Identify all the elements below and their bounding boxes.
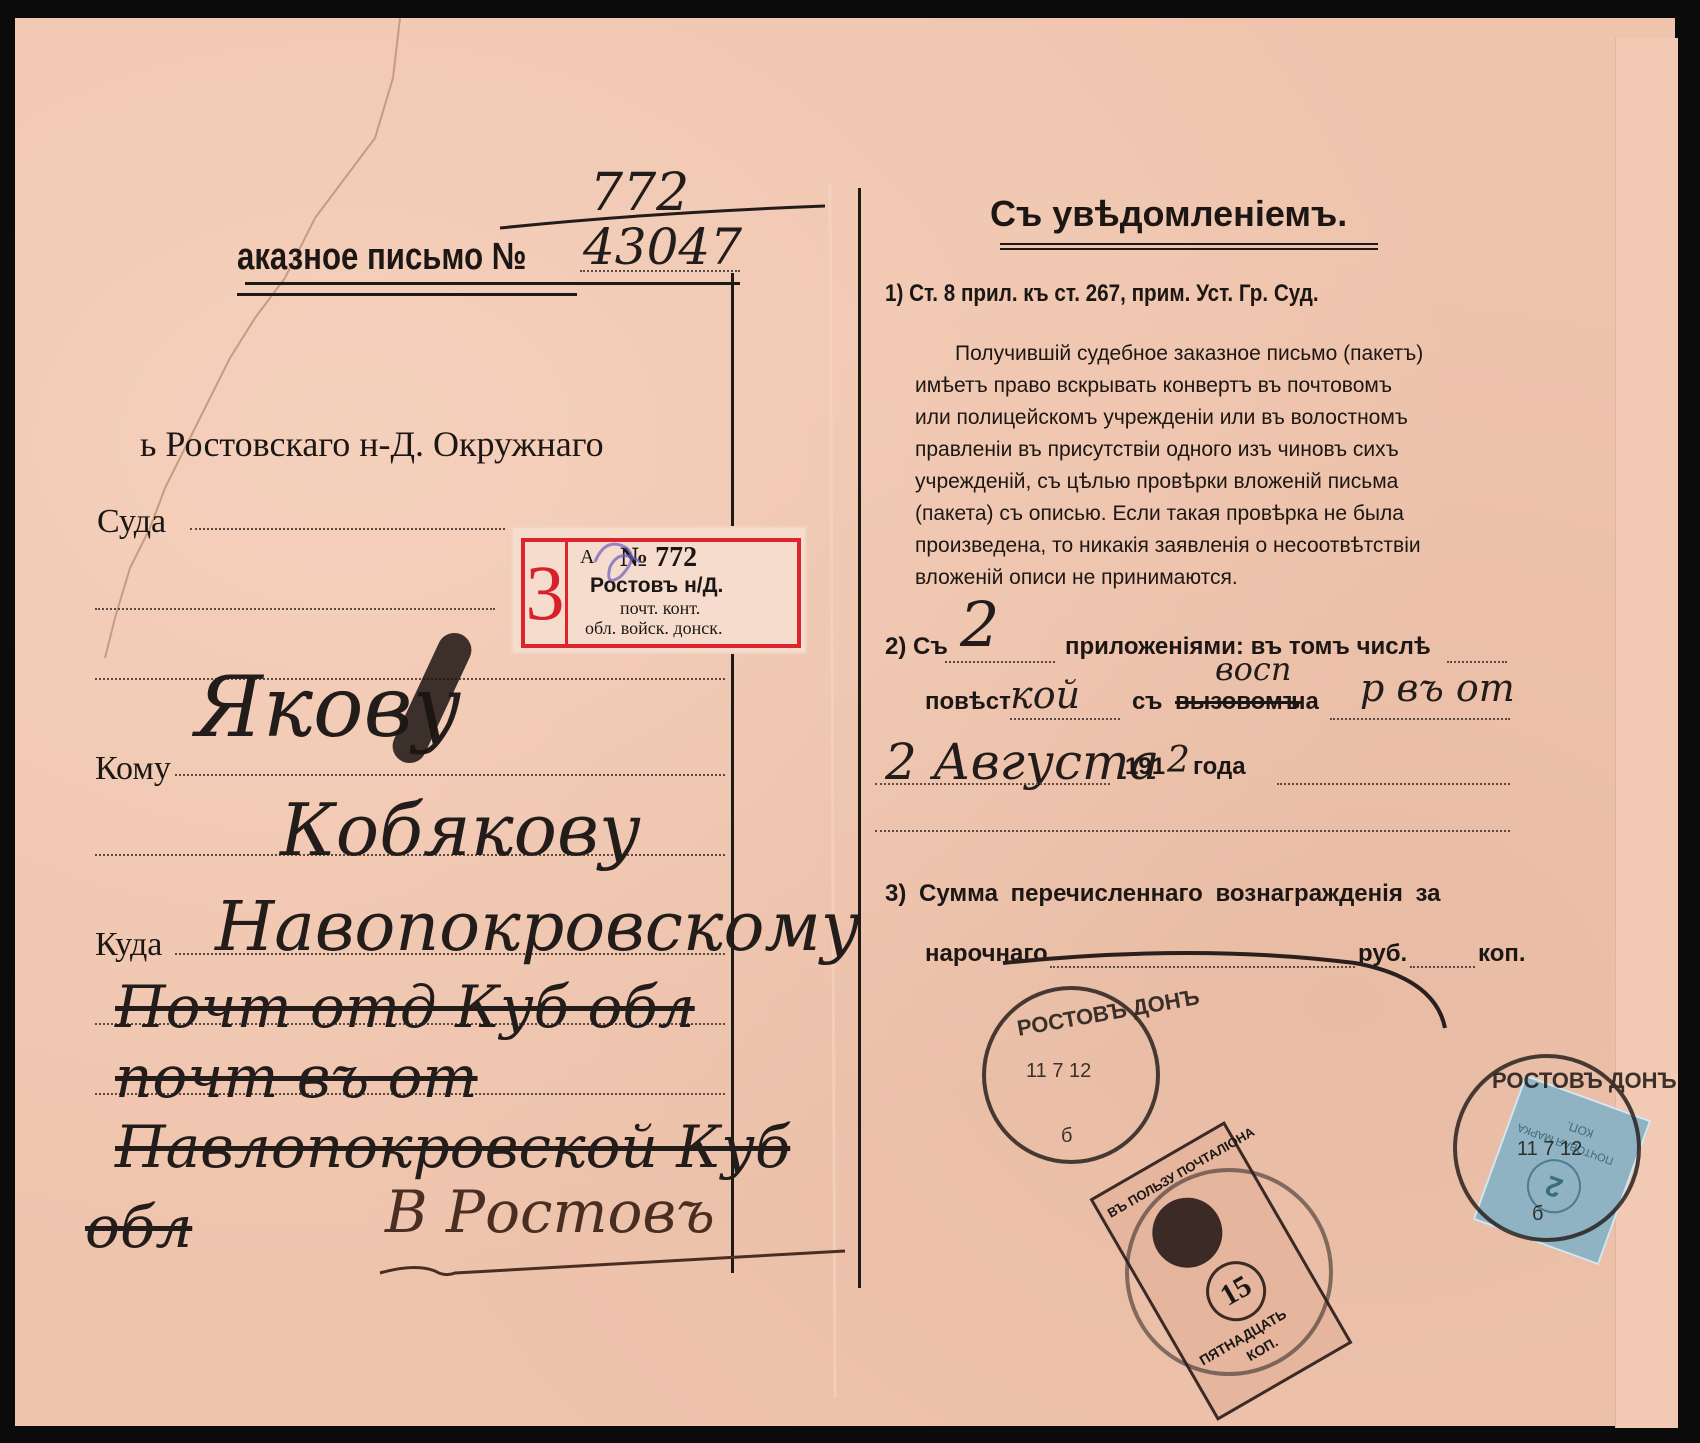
item1-line: Получившій судебное заказное письмо (пак… xyxy=(915,338,1423,370)
document-paper: 772 аказное письмо № 43047 ь Ростовскаго… xyxy=(15,18,1675,1426)
handwritten-address-line-6: В Ростовъ xyxy=(385,1178,715,1246)
postmark-rostov-1: РОСТОВЪ ДОНЪ 11 7 12 б xyxy=(982,986,1160,1164)
dots-item2-line2 xyxy=(1010,718,1120,720)
registration-letter: 3 xyxy=(525,542,568,644)
postmark-date: 11 7 12 xyxy=(1026,1060,1091,1083)
where-label: Куда xyxy=(95,926,162,964)
notification-title: Съ увѣдомленіемъ. xyxy=(990,193,1347,235)
title-underline-2 xyxy=(1000,248,1378,250)
dots-item2-count xyxy=(945,661,1055,663)
paper-fold-strip xyxy=(1615,38,1678,1428)
dots-item2-year-end xyxy=(1277,783,1510,785)
handwritten-address-line-5: обл xyxy=(85,1193,192,1261)
handwritten-underline-bottom xyxy=(375,1243,855,1283)
registration-label: 3 А № 772 Ростовъ н/Д. почт. конт. обл. … xyxy=(513,528,805,652)
dots-to xyxy=(175,774,725,776)
item3-kop: коп. xyxy=(1478,940,1526,968)
court-label: Суда xyxy=(97,503,166,541)
header-title: аказное письмо № xyxy=(237,236,526,279)
item3-heading: 3) Сумма перечисленнаго вознагражденія з… xyxy=(885,880,1440,908)
item2-line2-handwritten: кой xyxy=(1010,673,1080,717)
right-column-divider xyxy=(858,188,861,1288)
postmark-series: б xyxy=(1061,1125,1072,1148)
item1-line: учрежденій, съ цѣлью провѣрки вложеній п… xyxy=(915,466,1423,498)
handwritten-address-line-2: Почт отд Куб обл xyxy=(115,973,695,1041)
title-underline-1 xyxy=(1000,243,1378,245)
item2-struck-word: вызовомъ xyxy=(1175,688,1300,716)
item1-line: (пакета) съ описью. Если такая провѣрка … xyxy=(915,498,1423,530)
item2-year-print: 191 xyxy=(1125,753,1165,781)
item2-line2-mid: съ xyxy=(1132,688,1163,716)
item2-line2-prefix: повѣст xyxy=(925,688,1011,716)
item2-count-handwritten: 2 xyxy=(960,588,999,661)
item1-line: имѣетъ право вскрывать конвертъ въ почто… xyxy=(915,370,1423,402)
item2-handwritten-above: восп xyxy=(1215,650,1291,688)
handwritten-recipient-last-name: Кобякову xyxy=(280,788,641,872)
item2-line2-na: на xyxy=(1291,688,1319,716)
item2-year-suffix: года xyxy=(1193,753,1246,781)
postmark-text: РОСТОВЪ ДОНЪ xyxy=(1492,1068,1677,1094)
item1-heading: 1) Ст. 8 прил. къ ст. 267, прим. Уст. Гр… xyxy=(885,280,1319,308)
registration-line-2: обл. войск. донск. xyxy=(585,618,722,639)
item1-body: Получившій судебное заказное письмо (пак… xyxy=(915,338,1423,594)
item2-year-handwritten: 2 xyxy=(1167,740,1190,781)
item2-prefix: 2) Съ xyxy=(885,633,948,661)
handwritten-address-line-4: Павлопокровской Куб xyxy=(115,1113,790,1181)
postmark-date: 11 7 12 xyxy=(1517,1138,1582,1161)
postmark-series: б xyxy=(1532,1203,1543,1226)
item1-line: правленіи въ присутствіи одного изъ чино… xyxy=(915,434,1423,466)
header-rule-1 xyxy=(245,282,740,285)
postmark-rostov-overlay xyxy=(1125,1168,1333,1376)
handwritten-address-line-3: почт въ от xyxy=(115,1043,478,1111)
dots-line-2 xyxy=(95,608,495,610)
item1-line: или полицейскомъ учрежденіи или въ волос… xyxy=(915,402,1423,434)
postmark-rostov-2: РОСТОВЪ ДОНЪ 11 7 12 б xyxy=(1453,1054,1641,1242)
violet-pen-mark xyxy=(585,532,655,602)
item1-line: произведена, то никакія заявленія о несо… xyxy=(915,530,1423,562)
dots-item2-date xyxy=(875,783,1110,785)
dots-court xyxy=(190,528,505,530)
to-label: Кому xyxy=(95,750,171,788)
header-rule-2 xyxy=(237,293,577,296)
dots-item2-line2-end xyxy=(1330,718,1510,720)
item2-handwritten-right: р въ от xyxy=(1360,666,1515,710)
dots-item2-final xyxy=(875,830,1510,832)
handwritten-letter-number: 43047 xyxy=(583,218,742,276)
handwritten-address-line-1: Навопокровскому xyxy=(215,888,860,967)
dots-item2-end xyxy=(1447,661,1507,663)
court-line: ь Ростовскаго н-Д. Окружнаго xyxy=(140,423,604,465)
